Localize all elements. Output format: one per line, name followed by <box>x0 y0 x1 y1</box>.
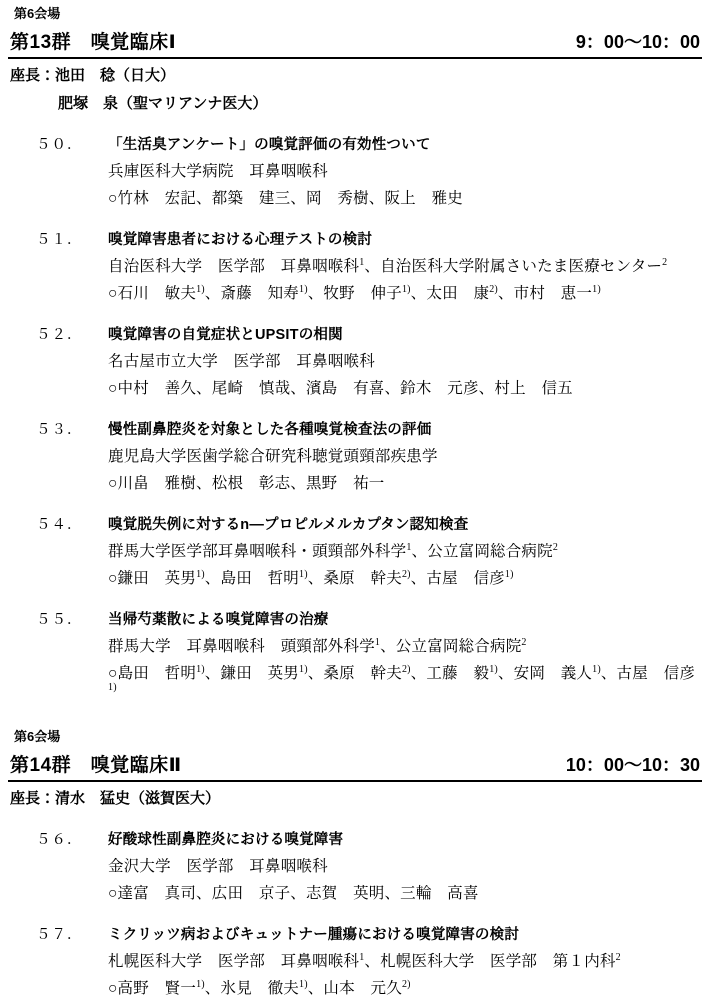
abstract-item-56: ５６． 好酸球性副鼻腔炎における嗅覚障害 金沢大学 医学部 耳鼻咽喉科 ○達富 … <box>8 831 702 903</box>
abstract-item-51: ５１． 嗅覚障害患者における心理テストの検討 自治医科大学 医学部 耳鼻咽喉科1… <box>8 231 702 303</box>
session-section-2: 第6会場 第14群 嗅覚臨床Ⅱ 10：00～10：30 座長：清水 猛史（滋賀医… <box>8 729 702 998</box>
abstract-item-57: ５７． ミクリッツ病およびキュットナー腫瘍における嗅覚障害の検討 札幌医科大学 … <box>8 926 702 998</box>
item-authors: ○達富 真司、広田 京子、志賀 英明、三輪 高喜 <box>108 885 702 903</box>
item-authors: ○鎌田 英男1)、島田 哲明1)、桑原 幹夫2)、古屋 信彦1) <box>108 570 702 588</box>
item-number: ５１． <box>36 231 108 249</box>
session-time: 9：00～10：00 <box>576 28 700 54</box>
abstract-list: ５６． 好酸球性副鼻腔炎における嗅覚障害 金沢大学 医学部 耳鼻咽喉科 ○達富 … <box>8 831 702 998</box>
abstract-item-54: ５４． 嗅覚脱失例に対するn―プロピルメルカプタン認知検査 群馬大学医学部耳鼻咽… <box>8 516 702 588</box>
item-title: 慢性副鼻腔炎を対象とした各種嗅覚検査法の評価 <box>108 421 431 439</box>
item-affiliation: 名古屋市立大学 医学部 耳鼻咽喉科 <box>108 353 702 371</box>
item-title: 嗅覚障害患者における心理テストの検討 <box>108 231 372 249</box>
item-authors: ○高野 賢一1)、氷見 徹夫1)、山本 元久2) <box>108 980 702 998</box>
item-affiliation: 兵庫医科大学病院 耳鼻咽喉科 <box>108 163 702 181</box>
item-number: ５２． <box>36 326 108 344</box>
item-affiliation: 群馬大学医学部耳鼻咽喉科・頭頸部外科学1、公立富岡総合病院2 <box>108 543 702 561</box>
item-affiliation: 金沢大学 医学部 耳鼻咽喉科 <box>108 858 702 876</box>
item-affiliation: 札幌医科大学 医学部 耳鼻咽喉科1、札幌医科大学 医学部 第１内科2 <box>108 953 702 971</box>
session-header: 第13群 嗅覚臨床Ⅰ 9：00～10：00 <box>8 25 702 59</box>
program-page: 第6会場 第13群 嗅覚臨床Ⅰ 9：00～10：00 座長：池田 稔（日大） 肥… <box>0 0 710 998</box>
item-authors: ○島田 哲明1)、鎌田 英男1)、桑原 幹夫2)、工藤 毅1)、安岡 義人1)、… <box>108 665 702 701</box>
item-title: 当帰芍薬散による嗅覚障害の治療 <box>108 611 329 629</box>
item-title: 嗅覚障害の自覚症状とUPSITの相関 <box>108 326 343 344</box>
item-number: ５４． <box>36 516 108 534</box>
item-title: 「生活臭アンケート」の嗅覚評価の有効性ついて <box>108 136 431 154</box>
chair-line: 座長：清水 猛史（滋賀医大） <box>8 789 702 809</box>
venue-label: 第6会場 <box>8 729 702 745</box>
item-number: ５０． <box>36 136 108 154</box>
item-affiliation: 鹿児島大学医歯学総合研究科聴覚頭頸部疾患学 <box>108 448 702 466</box>
abstract-item-52: ５２． 嗅覚障害の自覚症状とUPSITの相関 名古屋市立大学 医学部 耳鼻咽喉科… <box>8 326 702 398</box>
item-number: ５６． <box>36 831 108 849</box>
item-authors: ○竹林 宏記、都築 建三、岡 秀樹、阪上 雅史 <box>108 190 702 208</box>
item-number: ５３． <box>36 421 108 439</box>
item-number: ５５． <box>36 611 108 629</box>
item-number: ５７． <box>36 926 108 944</box>
abstract-item-53: ５３． 慢性副鼻腔炎を対象とした各種嗅覚検査法の評価 鹿児島大学医歯学総合研究科… <box>8 421 702 493</box>
chair-line: 座長：池田 稔（日大） <box>8 66 702 86</box>
session-title: 第14群 嗅覚臨床Ⅱ <box>10 750 182 777</box>
item-authors: ○川畠 雅樹、松根 彰志、黒野 祐一 <box>108 475 702 493</box>
chair-line-second: 肥塚 泉（聖マリアンナ医大） <box>56 94 702 114</box>
item-affiliation: 群馬大学 耳鼻咽喉科 頭頸部外科学1、公立富岡総合病院2 <box>108 638 702 656</box>
abstract-item-50: ５０． 「生活臭アンケート」の嗅覚評価の有効性ついて 兵庫医科大学病院 耳鼻咽喉… <box>8 136 702 208</box>
session-section-1: 第6会場 第13群 嗅覚臨床Ⅰ 9：00～10：00 座長：池田 稔（日大） 肥… <box>8 6 702 701</box>
item-title: 好酸球性副鼻腔炎における嗅覚障害 <box>108 831 343 849</box>
session-time: 10：00～10：30 <box>566 751 700 777</box>
item-title: 嗅覚脱失例に対するn―プロピルメルカプタン認知検査 <box>108 516 468 534</box>
item-title: ミクリッツ病およびキュットナー腫瘍における嗅覚障害の検討 <box>108 926 519 944</box>
session-header: 第14群 嗅覚臨床Ⅱ 10：00～10：30 <box>8 748 702 782</box>
item-affiliation: 自治医科大学 医学部 耳鼻咽喉科1、自治医科大学附属さいたま医療センター2 <box>108 258 702 276</box>
abstract-item-55: ５５． 当帰芍薬散による嗅覚障害の治療 群馬大学 耳鼻咽喉科 頭頸部外科学1、公… <box>8 611 702 701</box>
item-authors: ○石川 敏夫1)、斎藤 知寿1)、牧野 伸子1)、太田 康2)、市村 恵一1) <box>108 285 702 303</box>
venue-label: 第6会場 <box>8 6 702 22</box>
session-title: 第13群 嗅覚臨床Ⅰ <box>10 27 176 54</box>
item-authors: ○中村 善久、尾崎 慎哉、濱島 有喜、鈴木 元彦、村上 信五 <box>108 380 702 398</box>
abstract-list: ５０． 「生活臭アンケート」の嗅覚評価の有効性ついて 兵庫医科大学病院 耳鼻咽喉… <box>8 136 702 701</box>
